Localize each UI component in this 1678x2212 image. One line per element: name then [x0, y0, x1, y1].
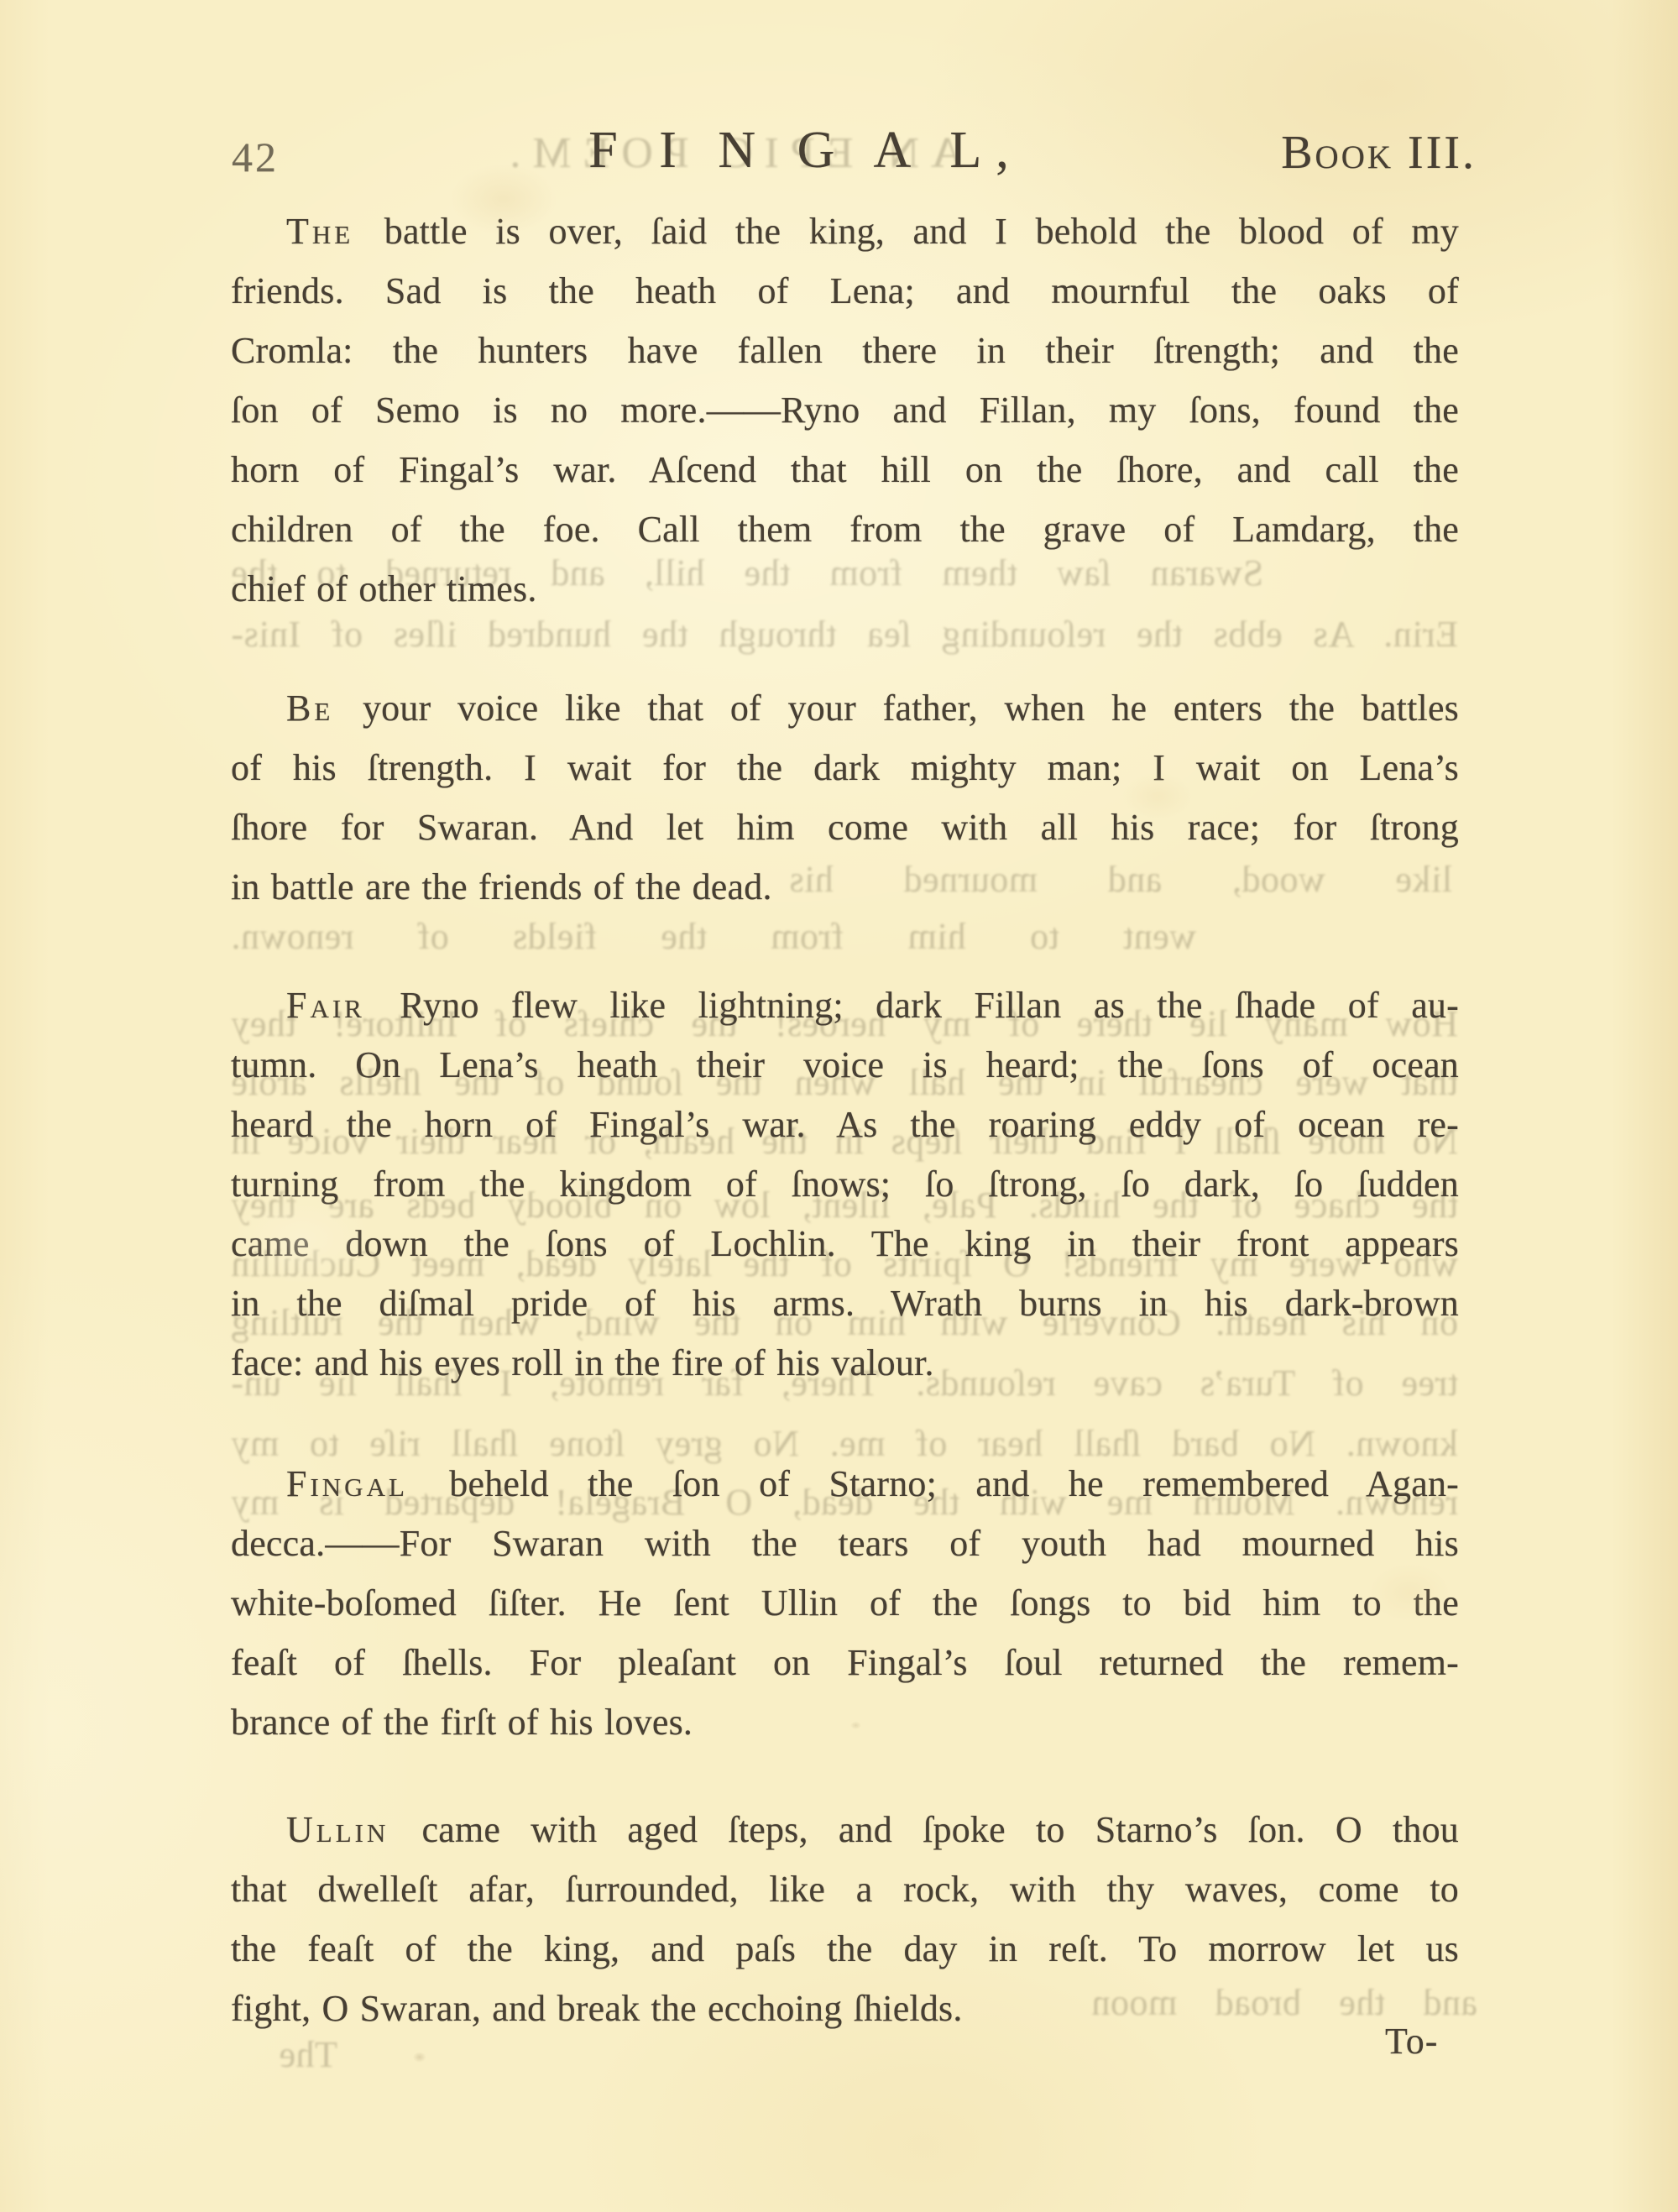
text-line: friends. Sad is the heath of Lena; and m… [231, 261, 1459, 321]
text-line: ſhore for Swaran. And let him come with … [231, 797, 1459, 857]
text-line: in the diſmal pride of his arms. Wrath b… [231, 1273, 1459, 1333]
paragraph: The battle is over, ſaid the king, and I… [231, 201, 1459, 619]
paragraph: Fingal beheld the ſon of Starno; and he … [231, 1454, 1459, 1752]
paragraph: Fair Ryno flew like lightning; dark Fill… [231, 975, 1459, 1393]
text-line: heard the horn of Fingal’s war. As the r… [231, 1095, 1459, 1154]
book-label: Book III. [1281, 126, 1477, 180]
text-line: Cromla: the hunters have fallen there in… [231, 321, 1459, 380]
text-line: fight, O Swaran, and break the ecchoing … [231, 1979, 1459, 2038]
text-line: ſon of Semo is no more.——Ryno and Fillan… [231, 380, 1459, 440]
text-line: Be your voice like that of your father, … [231, 678, 1459, 738]
lead-word: The [286, 211, 353, 252]
text-line: Fair Ryno flew like lightning; dark Fill… [231, 975, 1459, 1035]
bleedthrough-line: The [228, 2032, 337, 2078]
text-line: chief of other times. [231, 559, 1459, 619]
lead-word: Fingal [286, 1463, 408, 1504]
text-line: decca.——For Swaran with the tears of you… [231, 1514, 1459, 1573]
text-line: face: and his eyes roll in the fire of h… [231, 1333, 1459, 1393]
text-line: tumn. On Lena’s heath their voice is hea… [231, 1035, 1459, 1095]
scanned-page: AN EPIC POEM.Swaran ſaw them from the hi… [0, 0, 1678, 2212]
text-line: turning from the kingdom of ſnows; ſo ſt… [231, 1154, 1459, 1214]
lead-word: Ullin [286, 1809, 389, 1850]
text-line: Ullin came with aged ſteps, and ſpoke to… [231, 1800, 1459, 1859]
page-number: 42 [232, 133, 279, 181]
text-line: white-boſomed ſiſter. He ſent Ullin of t… [231, 1573, 1459, 1633]
text-line: children of the foe. Call them from the … [231, 499, 1459, 559]
running-title: F I N G A L, [520, 121, 1091, 180]
lead-word: Fair [286, 985, 365, 1026]
text-line: in battle are the friends of the dead. [231, 857, 1459, 917]
text-line: feaſt of ſhells. For pleaſant on Fingal’… [231, 1633, 1459, 1692]
text-line: that dwelleſt afar, ſurrounded, like a r… [231, 1859, 1459, 1919]
lead-word: Be [286, 688, 333, 729]
text-line: Fingal beheld the ſon of Starno; and he … [231, 1454, 1459, 1514]
text-line: The battle is over, ſaid the king, and I… [231, 201, 1459, 261]
text-line: horn of Fingal’s war. Aſcend that hill o… [231, 440, 1459, 499]
text-line: brance of the firſt of his loves. [231, 1692, 1459, 1752]
catchword: To- [1385, 2020, 1438, 2063]
text-line: the feaſt of the king, and paſs the day … [231, 1919, 1459, 1979]
text-line: of his ſtrength. I wait for the dark mig… [231, 738, 1459, 797]
bleedthrough-line: went to him from the fields of renown. [231, 913, 1196, 960]
paragraph: Ullin came with aged ſteps, and ſpoke to… [231, 1800, 1459, 2038]
paragraph: Be your voice like that of your father, … [231, 678, 1459, 917]
text-line: came down the ſons of Lochlin. The king … [231, 1214, 1459, 1273]
